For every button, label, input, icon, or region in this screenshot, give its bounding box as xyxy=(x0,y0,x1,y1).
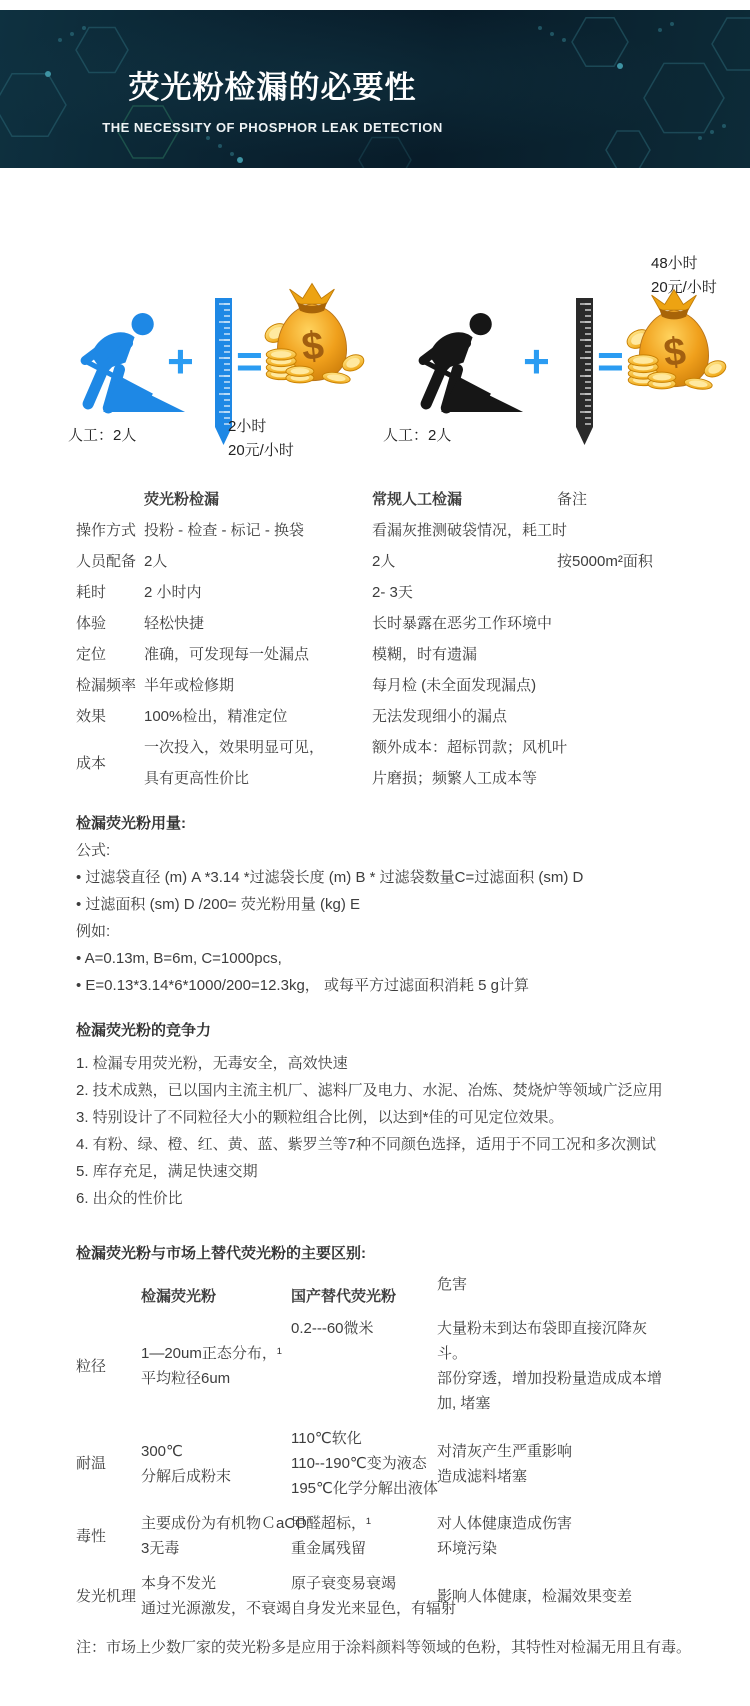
cell-line: 主要成份为有机物ＣaCO xyxy=(141,1511,291,1536)
method-comparison-table: 荧光粉检漏 常规人工检漏 备注 操作方式 投粉 - 检查 - 标记 - 换袋 看… xyxy=(76,484,720,794)
difference-title: 检漏荧光粉与市场上替代荧光粉的主要区别: xyxy=(76,1240,720,1268)
page-subtitle: THE NECESSITY OF PHOSPHOR LEAK DETECTION xyxy=(0,120,545,135)
cell-line: 环境污染 xyxy=(437,1536,677,1561)
cell-line: 轻松快捷 xyxy=(144,608,372,639)
cell-line: 0.2---60微米 xyxy=(291,1316,437,1341)
cell-line: 投粉 - 检查 - 标记 - 换袋 xyxy=(144,515,372,546)
usage-line: 公式: xyxy=(76,837,720,864)
main-content: 荧光粉检漏 常规人工检漏 备注 操作方式 投粉 - 检查 - 标记 - 换袋 看… xyxy=(0,484,750,1660)
table-row: 粒径 1—20um正态分布，¹ 平均粒径6um 0.2---60微米 大量粉未到… xyxy=(76,1311,720,1421)
cell-line: 通过光源激发，不衰竭 xyxy=(141,1596,291,1621)
cell-line: 甲醛超标，¹ xyxy=(291,1511,437,1536)
right-note-line2: 20元/小时 xyxy=(651,276,717,300)
row-label: 效果 xyxy=(76,701,144,732)
left-note-line2: 20元/小时 xyxy=(228,439,294,463)
competitiveness-item: 5. 库存充足，满足快速交期 xyxy=(76,1158,720,1185)
cell-line: 2 小时内 xyxy=(144,577,372,608)
cell-line: 对人体健康造成伤害 xyxy=(437,1511,677,1536)
usage-line: • E=0.13*3.14*6*1000/200=12.3kg， 或每平方过滤面… xyxy=(76,972,720,999)
cell-line: 造成滤料堵塞 xyxy=(437,1464,677,1489)
row-label: 检漏频率 xyxy=(76,670,144,701)
cost-comparison-illustration: + = 人工：2人 2小时 20元/小时 + = 48小时 20元/小时 人工：… xyxy=(0,168,750,468)
t2-col3-header: 危害 xyxy=(437,1272,677,1309)
row-label: 耐温 xyxy=(76,1451,141,1476)
cell-line: 110℃软化 xyxy=(291,1426,437,1451)
cell-line: 110--190℃变为液态 xyxy=(291,1451,437,1476)
cell-line: 对清灰产生严重影响 xyxy=(437,1439,677,1464)
cell-line: 准确，可发现每一处漏点 xyxy=(144,639,372,670)
cell-line: 3无毒 xyxy=(141,1536,291,1561)
money-bag-icon xyxy=(618,286,730,392)
cell-line: 平均粒径6um xyxy=(141,1366,291,1391)
competitiveness-item: 6. 出众的性价比 xyxy=(76,1185,720,1212)
usage-line: • 过滤面积 (sm) D /200= 荧光粉用量 (kg) E xyxy=(76,891,720,918)
cell-line: 自身发光来显色，有辐射 xyxy=(291,1596,437,1621)
cell-line: 195℃化学分解出液体 xyxy=(291,1476,437,1501)
cell-line: 半年或检修期 xyxy=(144,670,372,701)
row-label: 人员配备 xyxy=(76,546,144,577)
row-label: 耗时 xyxy=(76,577,144,608)
table-header-row: 检漏荧光粉 国产替代荧光粉 危害 xyxy=(76,1268,720,1311)
cell-line: 片磨损；频繁人工成本等 xyxy=(372,763,557,794)
footnote: 注：市场上少数厂家的荧光粉多是应用于涂料颜料等领域的色粉，其特性对检漏无用且有毒… xyxy=(76,1636,720,1660)
banner-text: 荧光粉检漏的必要性 THE NECESSITY OF PHOSPHOR LEAK… xyxy=(0,10,545,168)
cell-line: 额外成本：超标罚款；风机叶 xyxy=(372,732,557,763)
competitiveness-item: 2. 技术成熟，已以国内主流主机厂、滤料厂及电力、水泥、冶炼、焚烧炉等领域广泛应… xyxy=(76,1077,720,1104)
cell-line: 重金属残留 xyxy=(291,1536,437,1561)
plus-sign: + xyxy=(167,338,194,384)
cell-line: 一次投入，效果明显可见， xyxy=(144,732,372,763)
competitiveness-title: 检漏荧光粉的竞争力 xyxy=(76,1017,720,1044)
cell-line: 无法发现细小的漏点 xyxy=(372,701,557,732)
plus-sign: + xyxy=(523,338,550,384)
table-row: 成本 一次投入，效果明显可见， 具有更高性价比 额外成本：超标罚款；风机叶 片磨… xyxy=(76,732,720,794)
left-workers-label: 人工：2人 xyxy=(68,424,136,445)
worker-digging-icon xyxy=(400,310,528,416)
cell-line: 本身不发光 xyxy=(141,1571,291,1596)
t1-col2-header: 常规人工检漏 xyxy=(372,484,557,515)
table-row: 人员配备 2人 2人 按5000m²面积 xyxy=(76,546,720,577)
cell-line: 1—20um正态分布，¹ xyxy=(141,1341,291,1366)
right-note-line1: 48小时 xyxy=(651,252,717,276)
cell-line: 按5000m²面积 xyxy=(557,546,727,577)
cell-line: 具有更高性价比 xyxy=(144,763,372,794)
usage-section: 检漏荧光粉用量: 公式: • 过滤袋直径 (m) A *3.14 *过滤袋长度 … xyxy=(76,810,720,999)
table-row: 效果 100%检出，精准定位 无法发现细小的漏点 xyxy=(76,701,720,732)
table-row: 发光机理 本身不发光 通过光源激发，不衰竭 原子衰变易衰竭 自身发光来显色，有辐… xyxy=(76,1566,720,1626)
banner: 荧光粉检漏的必要性 THE NECESSITY OF PHOSPHOR LEAK… xyxy=(0,10,750,168)
right-time-cost-note: 48小时 20元/小时 xyxy=(651,252,717,300)
row-label: 体验 xyxy=(76,608,144,639)
row-label: 毒性 xyxy=(76,1524,141,1549)
cell-line: 看漏灰推测破袋情况，耗工时 xyxy=(372,515,557,546)
cell-line: 长时暴露在恶劣工作环境中 xyxy=(372,608,557,639)
money-bag-icon xyxy=(256,280,368,386)
cell-line: 300℃ xyxy=(141,1439,291,1464)
cell-line: 加, 堵塞 xyxy=(437,1391,677,1416)
t1-col1-header: 荧光粉检漏 xyxy=(144,484,372,515)
cell-line: 原子衰变易衰竭 xyxy=(291,1571,437,1596)
left-time-cost-note: 2小时 20元/小时 xyxy=(228,415,294,463)
table-row: 操作方式 投粉 - 检查 - 标记 - 换袋 看漏灰推测破袋情况，耗工时 xyxy=(76,515,720,546)
table-row: 定位 准确，可发现每一处漏点 模糊，时有遗漏 xyxy=(76,639,720,670)
t2-col2-header: 国产替代荧光粉 xyxy=(291,1272,437,1309)
table-row: 耐温 300℃ 分解后成粉末 110℃软化 110--190℃变为液态 195℃… xyxy=(76,1421,720,1506)
ruler-icon xyxy=(575,298,594,446)
cell-line: 影响人体健康，检漏效果变差 xyxy=(437,1584,677,1609)
cell-line: 模糊，时有遗漏 xyxy=(372,639,557,670)
cell-line: 每月检 (未全面发现漏点) xyxy=(372,670,557,701)
right-workers-label: 人工：2人 xyxy=(383,424,451,445)
cell-line: 斗。 xyxy=(437,1341,677,1366)
cell-line: 2人 xyxy=(372,546,557,577)
cell-line: 100%检出，精准定位 xyxy=(144,701,372,732)
cell-line: 部份穿透，增加投粉量造成成本增 xyxy=(437,1366,677,1391)
row-label: 粒径 xyxy=(76,1354,141,1379)
competitiveness-item: 4. 有粉、绿、橙、红、黄、蓝、紫罗兰等7种不同颜色选择，适用于不同工况和多次测… xyxy=(76,1131,720,1158)
usage-line: • A=0.13m, B=6m, C=1000pcs, xyxy=(76,945,720,972)
row-label: 发光机理 xyxy=(76,1584,141,1609)
usage-line: 例如: xyxy=(76,918,720,945)
cell-line: 分解后成粉末 xyxy=(141,1464,291,1489)
table-row: 体验 轻松快捷 长时暴露在恶劣工作环境中 xyxy=(76,608,720,639)
usage-title: 检漏荧光粉用量: xyxy=(76,810,720,837)
table-row: 检漏频率 半年或检修期 每月检 (未全面发现漏点) xyxy=(76,670,720,701)
left-note-line1: 2小时 xyxy=(228,415,294,439)
t1-col3-header: 备注 xyxy=(557,484,727,515)
t2-col1-header: 检漏荧光粉 xyxy=(141,1272,291,1309)
table-row: 毒性 主要成份为有机物ＣaCO 3无毒 甲醛超标，¹ 重金属残留 对人体健康造成… xyxy=(76,1506,720,1566)
usage-line: • 过滤袋直径 (m) A *3.14 *过滤袋长度 (m) B * 过滤袋数量… xyxy=(76,864,720,891)
row-label: 成本 xyxy=(76,748,144,779)
row-label: 操作方式 xyxy=(76,515,144,546)
cell-line: 大量粉未到达布袋即直接沉降灰 xyxy=(437,1316,677,1341)
competitiveness-section: 检漏荧光粉的竞争力 1. 检漏专用荧光粉，无毒安全，高效快速 2. 技术成熟，已… xyxy=(76,1017,720,1212)
cell-line: 2人 xyxy=(144,546,372,577)
table-header-row: 荧光粉检漏 常规人工检漏 备注 xyxy=(76,484,720,515)
competitiveness-item: 1. 检漏专用荧光粉，无毒安全，高效快速 xyxy=(76,1050,720,1077)
cell-line: 2- 3天 xyxy=(372,577,557,608)
difference-section: 检漏荧光粉与市场上替代荧光粉的主要区别: 检漏荧光粉 国产替代荧光粉 危害 粒径… xyxy=(76,1240,720,1660)
competitiveness-item: 3. 特别设计了不同粒径大小的颗粒组合比例，以达到*佳的可见定位效果。 xyxy=(76,1104,720,1131)
row-label: 定位 xyxy=(76,639,144,670)
page-title: 荧光粉检漏的必要性 xyxy=(0,62,545,107)
table-row: 耗时 2 小时内 2- 3天 xyxy=(76,577,720,608)
